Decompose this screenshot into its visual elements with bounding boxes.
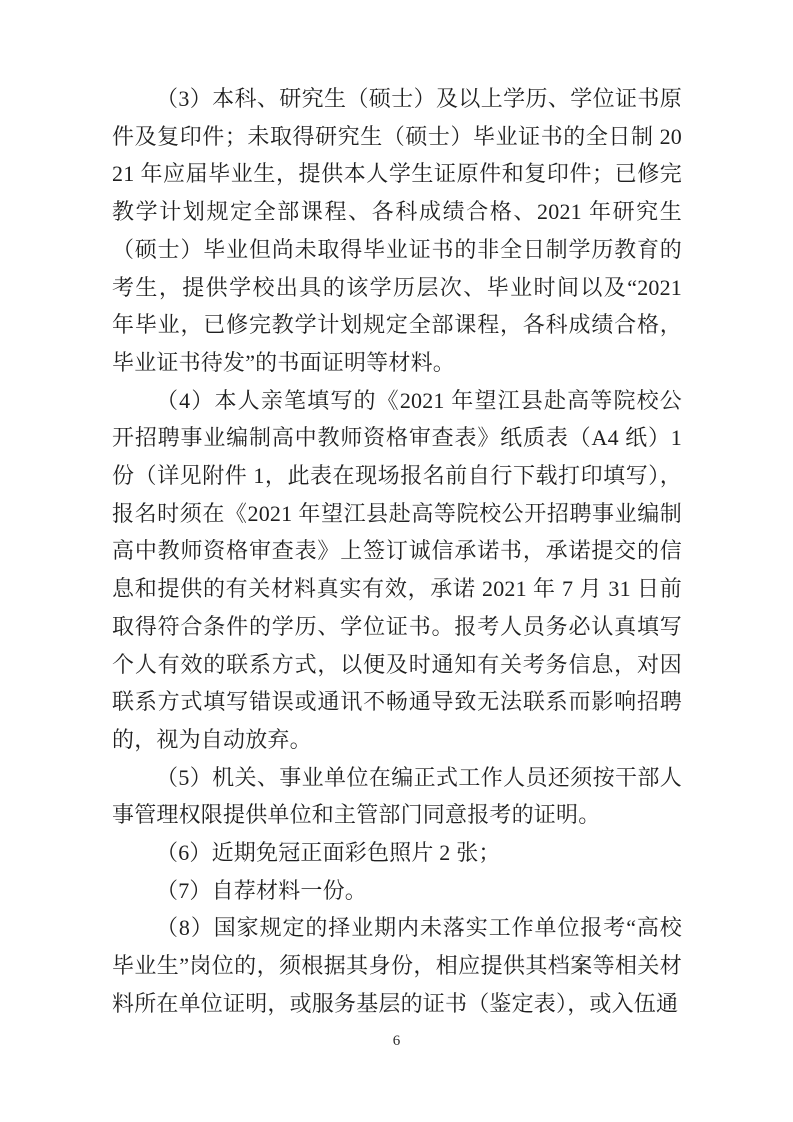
paragraph-item-5: （5）机关、事业单位在编正式工作人员还须按干部人事管理权限提供单位和主管部门同意… <box>112 759 682 834</box>
document-page: （3）本科、研究生（硕士）及以上学历、学位证书原件及复印件；未取得研究生（硕士）… <box>0 0 793 1122</box>
paragraph-item-6: （6）近期免冠正面彩色照片 2 张； <box>112 834 682 872</box>
document-body: （3）本科、研究生（硕士）及以上学历、学位证书原件及复印件；未取得研究生（硕士）… <box>112 80 682 1023</box>
paragraph-item-3: （3）本科、研究生（硕士）及以上学历、学位证书原件及复印件；未取得研究生（硕士）… <box>112 80 682 382</box>
page-number: 6 <box>0 1033 793 1050</box>
paragraph-item-7: （7）自荐材料一份。 <box>112 872 682 910</box>
paragraph-item-8: （8）国家规定的择业期内未落实工作单位报考“高校毕业生”岗位的，须根据其身份，相… <box>112 909 682 1022</box>
paragraph-item-4: （4）本人亲笔填写的《2021 年望江县赴高等院校公开招聘事业编制高中教师资格审… <box>112 382 682 759</box>
